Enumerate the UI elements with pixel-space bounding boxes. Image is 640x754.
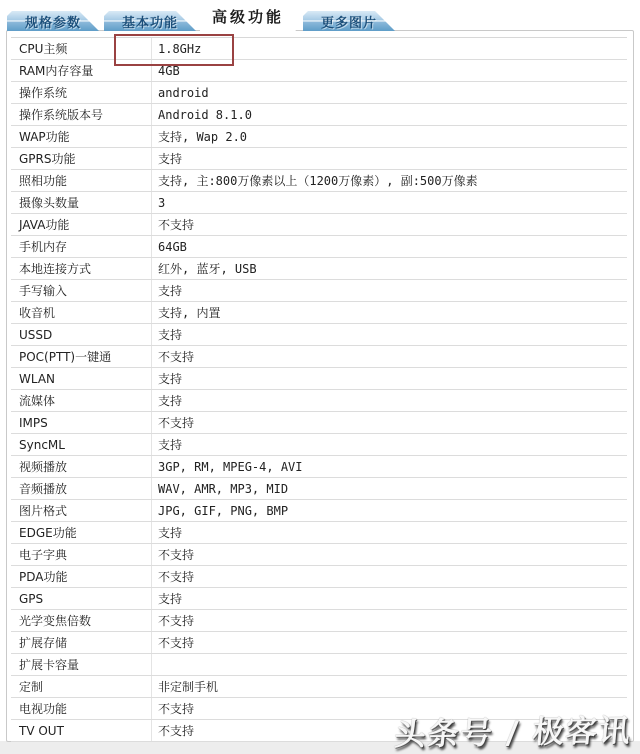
spec-value: 不支持: [152, 612, 627, 629]
spec-label: 定制: [11, 676, 152, 697]
spec-value: android: [152, 86, 627, 100]
spec-value: 不支持: [152, 414, 627, 431]
spec-value: 支持: [152, 282, 627, 299]
spec-label: WLAN: [11, 368, 152, 389]
spec-value: 支持: [152, 590, 627, 607]
spec-content-panel: CPU主频1.8GHzRAM内存容量4GB操作系统android操作系统版本号A…: [6, 30, 634, 742]
spec-row: 图片格式JPG, GIF, PNG, BMP: [11, 500, 627, 522]
tab-label: 高级功能: [200, 1, 296, 31]
spec-row: USSD支持: [11, 324, 627, 346]
spec-row: 操作系统android: [11, 82, 627, 104]
spec-label: 本地连接方式: [11, 258, 152, 279]
spec-row: 光学变焦倍数不支持: [11, 610, 627, 632]
spec-label: 操作系统版本号: [11, 104, 152, 125]
spec-row: PDA功能不支持: [11, 566, 627, 588]
spec-label: JAVA功能: [11, 214, 152, 235]
spec-label: RAM内存容量: [11, 60, 152, 81]
spec-label: 手写输入: [11, 280, 152, 301]
spec-row: 收音机支持, 内置: [11, 302, 627, 324]
spec-label: 流媒体: [11, 390, 152, 411]
spec-label: PDA功能: [11, 566, 152, 587]
tab-spec-params[interactable]: 规格参数: [7, 11, 99, 31]
spec-label: POC(PTT)一键通: [11, 346, 152, 367]
spec-table: CPU主频1.8GHzRAM内存容量4GB操作系统android操作系统版本号A…: [11, 37, 627, 742]
spec-row: CPU主频1.8GHz: [11, 38, 627, 60]
spec-label: 扩展存储: [11, 632, 152, 653]
spec-value: 不支持: [152, 634, 627, 651]
spec-row: 手写输入支持: [11, 280, 627, 302]
spec-row: RAM内存容量4GB: [11, 60, 627, 82]
spec-row: 操作系统版本号Android 8.1.0: [11, 104, 627, 126]
tab-advanced-functions[interactable]: 高级功能: [200, 1, 296, 31]
spec-label: IMPS: [11, 412, 152, 433]
spec-label: 视频播放: [11, 456, 152, 477]
tenaa-spec-page: 规格参数 基本功能 高级功能 更多图片 CPU主频1.8GHzRAM内存容量4G…: [0, 0, 640, 754]
spec-label: 音频播放: [11, 478, 152, 499]
spec-value: 支持, 内置: [152, 304, 627, 321]
spec-row: 手机内存64GB: [11, 236, 627, 258]
spec-row: POC(PTT)一键通不支持: [11, 346, 627, 368]
tab-label: 更多图片: [303, 11, 395, 31]
spec-value: 64GB: [152, 240, 627, 254]
spec-label: EDGE功能: [11, 522, 152, 543]
tab-more-images[interactable]: 更多图片: [303, 11, 395, 31]
spec-label: 操作系统: [11, 82, 152, 103]
spec-label: 电视功能: [11, 698, 152, 719]
spec-value: 支持: [152, 150, 627, 167]
spec-value: JPG, GIF, PNG, BMP: [152, 504, 627, 518]
spec-label: 照相功能: [11, 170, 152, 191]
spec-label: 光学变焦倍数: [11, 610, 152, 631]
spec-label: CPU主频: [11, 38, 152, 59]
spec-row: 定制非定制手机: [11, 676, 627, 698]
watermark-text: 头条号 / 极客讯: [393, 705, 634, 754]
spec-value: WAV, AMR, MP3, MID: [152, 482, 627, 496]
spec-label: GPS: [11, 588, 152, 609]
spec-row: IMPS不支持: [11, 412, 627, 434]
spec-value: 不支持: [152, 568, 627, 585]
spec-value: 支持: [152, 392, 627, 409]
spec-label: 电子字典: [11, 544, 152, 565]
spec-value: 3: [152, 196, 627, 210]
spec-label: 图片格式: [11, 500, 152, 521]
tab-label: 基本功能: [104, 11, 196, 31]
tab-basic-functions[interactable]: 基本功能: [104, 11, 196, 31]
spec-label: 扩展卡容量: [11, 654, 152, 675]
spec-value: 非定制手机: [152, 678, 627, 695]
spec-value: 不支持: [152, 546, 627, 563]
spec-row: 扩展卡容量: [11, 654, 627, 676]
spec-value: 支持: [152, 436, 627, 453]
spec-value: 4GB: [152, 64, 627, 78]
spec-label: WAP功能: [11, 126, 152, 147]
spec-row: GPRS功能支持: [11, 148, 627, 170]
spec-value: 红外, 蓝牙, USB: [152, 260, 627, 277]
spec-label: USSD: [11, 324, 152, 345]
spec-row: EDGE功能支持: [11, 522, 627, 544]
spec-value: 不支持: [152, 348, 627, 365]
spec-row: JAVA功能不支持: [11, 214, 627, 236]
spec-label: 摄像头数量: [11, 192, 152, 213]
spec-row: WLAN支持: [11, 368, 627, 390]
spec-row: 音频播放WAV, AMR, MP3, MID: [11, 478, 627, 500]
spec-label: GPRS功能: [11, 148, 152, 169]
spec-value: 支持: [152, 326, 627, 343]
spec-row: GPS支持: [11, 588, 627, 610]
spec-label: TV OUT: [11, 720, 152, 741]
spec-value: Android 8.1.0: [152, 108, 627, 122]
spec-value: 支持: [152, 524, 627, 541]
spec-value: 1.8GHz: [152, 42, 627, 56]
spec-value: 支持: [152, 370, 627, 387]
spec-value: 支持, Wap 2.0: [152, 128, 627, 145]
spec-value: 3GP, RM, MPEG-4, AVI: [152, 460, 627, 474]
spec-row: 摄像头数量3: [11, 192, 627, 214]
spec-row: 照相功能支持, 主:800万像素以上（1200万像素）, 副:500万像素: [11, 170, 627, 192]
spec-row: 流媒体支持: [11, 390, 627, 412]
spec-value: 支持, 主:800万像素以上（1200万像素）, 副:500万像素: [152, 172, 627, 189]
spec-value: 不支持: [152, 216, 627, 233]
spec-row: WAP功能支持, Wap 2.0: [11, 126, 627, 148]
spec-label: SyncML: [11, 434, 152, 455]
tab-bar: 规格参数 基本功能 高级功能 更多图片: [0, 0, 640, 31]
spec-row: SyncML支持: [11, 434, 627, 456]
tab-label: 规格参数: [7, 11, 99, 31]
spec-row: 本地连接方式红外, 蓝牙, USB: [11, 258, 627, 280]
spec-row: 电子字典不支持: [11, 544, 627, 566]
spec-label: 收音机: [11, 302, 152, 323]
spec-label: 手机内存: [11, 236, 152, 257]
spec-row: 扩展存储不支持: [11, 632, 627, 654]
spec-row: 视频播放3GP, RM, MPEG-4, AVI: [11, 456, 627, 478]
